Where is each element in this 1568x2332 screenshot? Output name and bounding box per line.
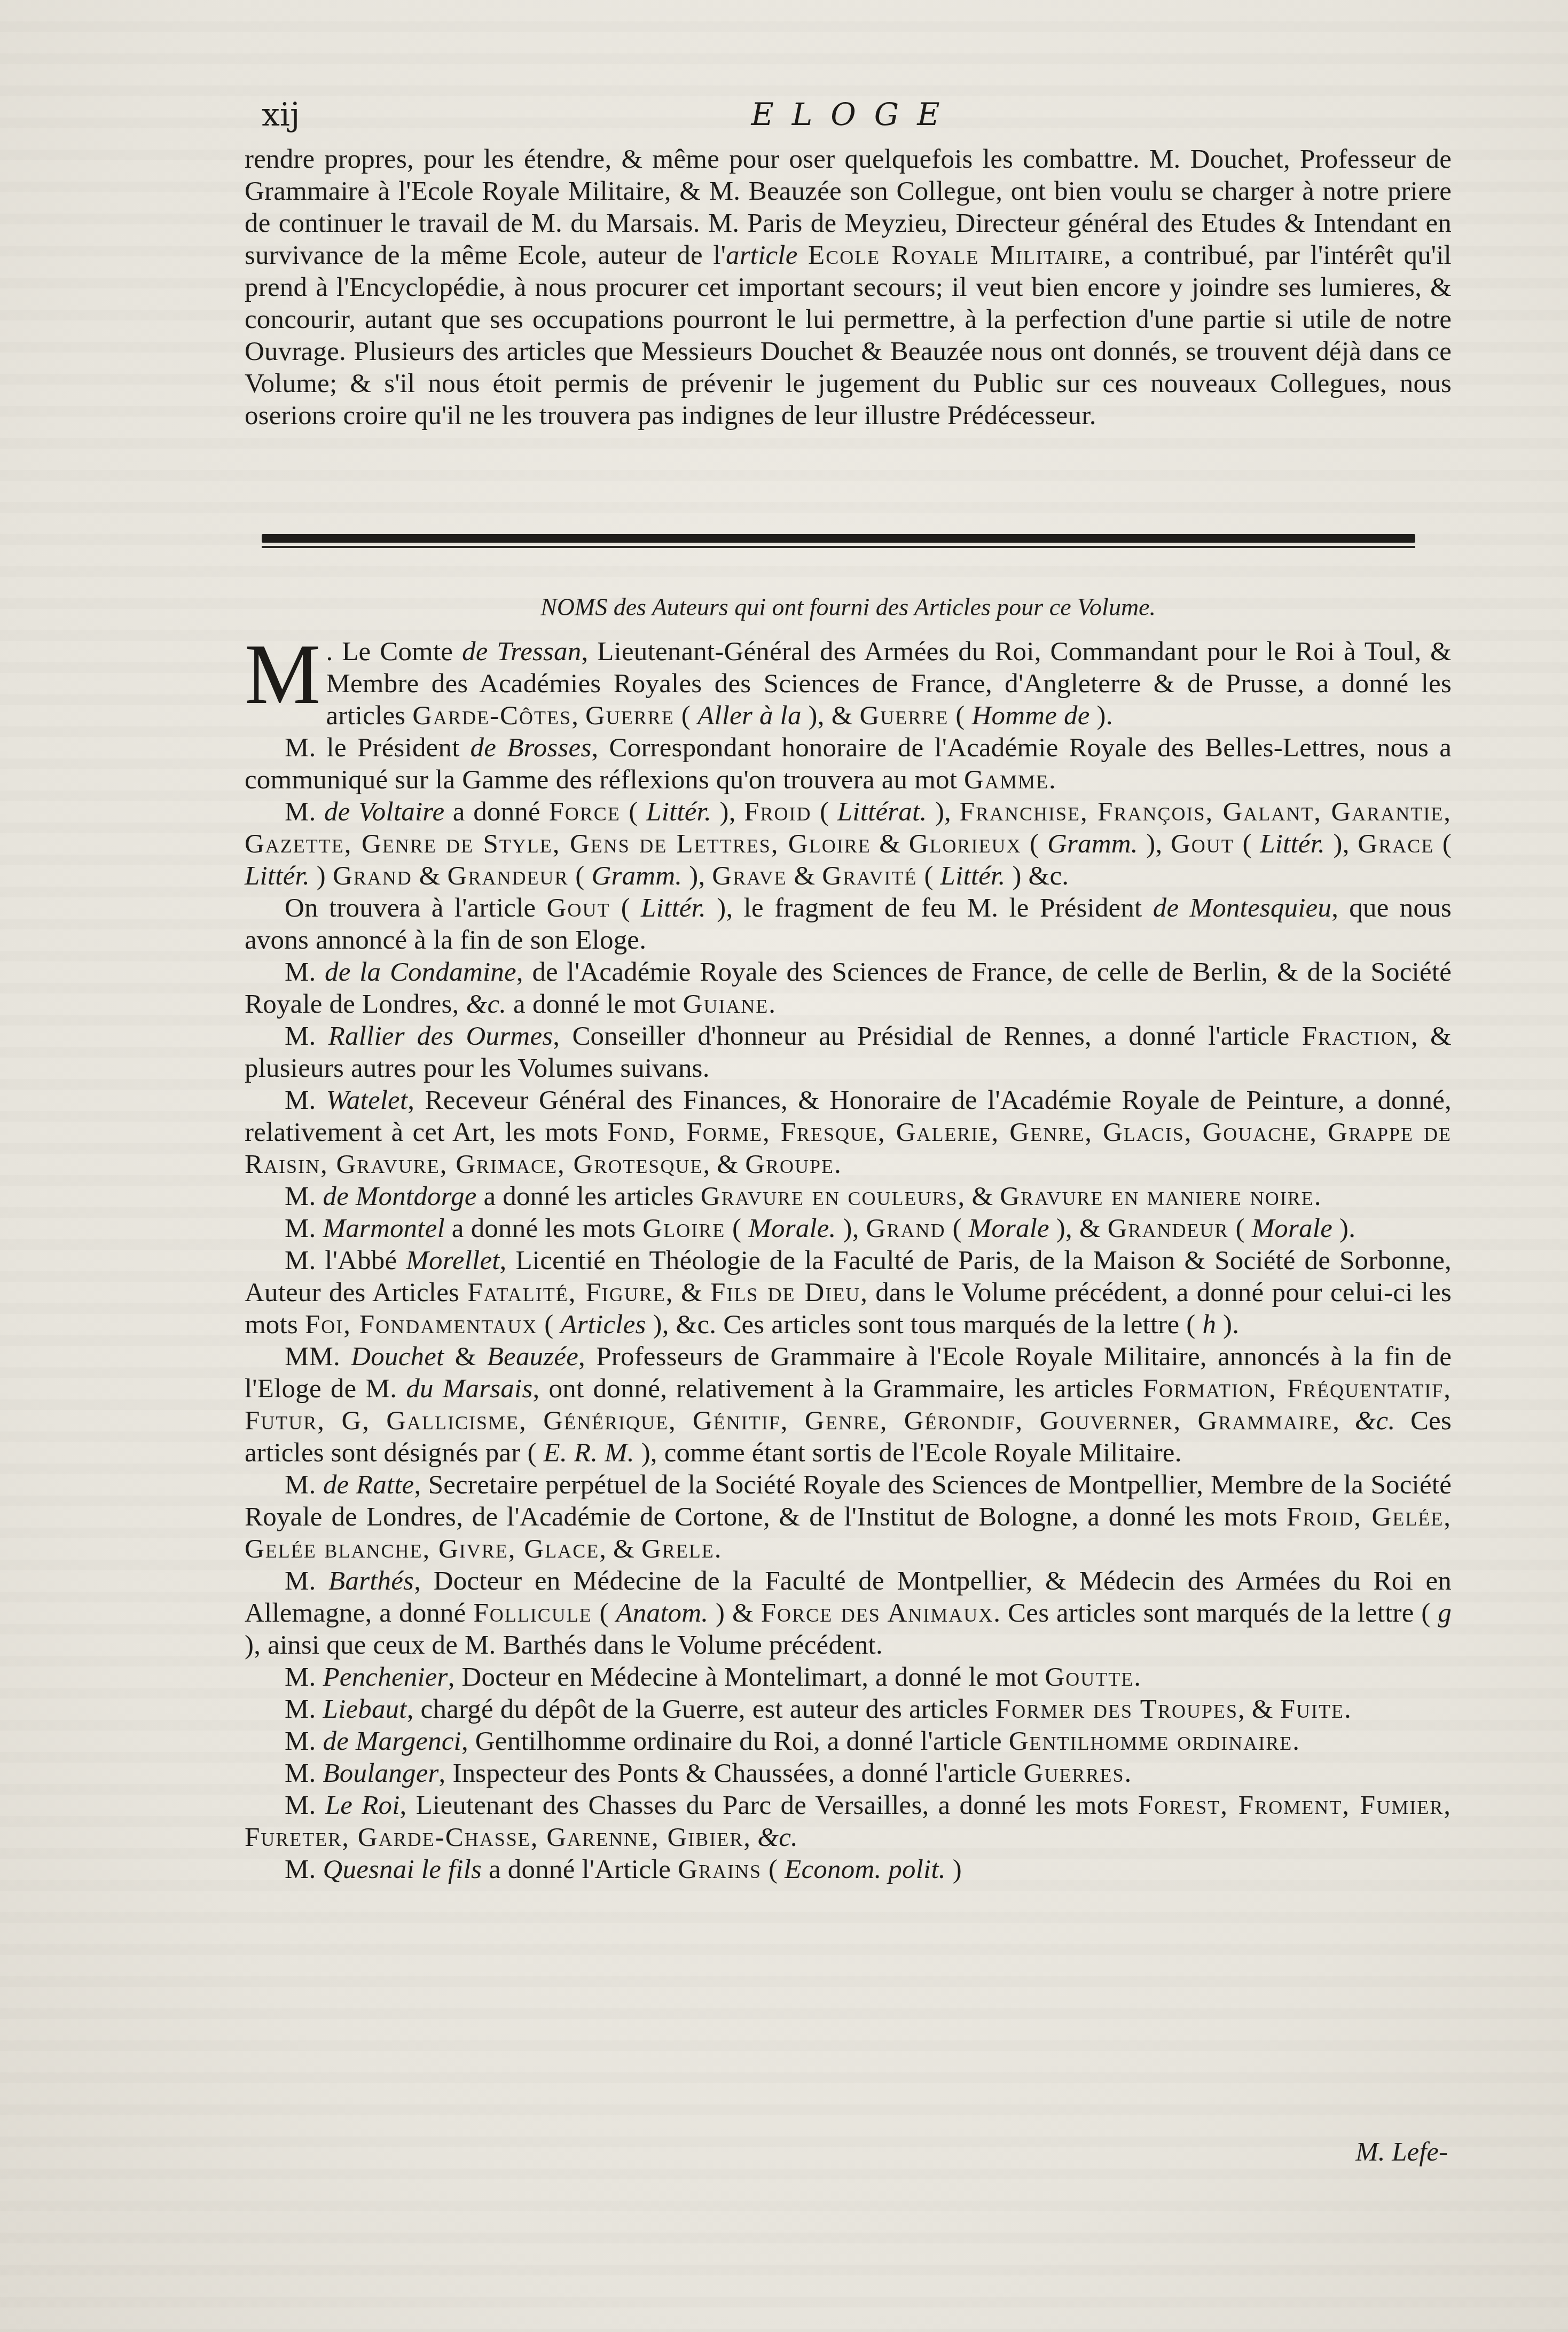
text-run: , & <box>666 1278 710 1308</box>
author-entry: M. Barthés, Docteur en Médecine de la Fa… <box>245 1565 1452 1661</box>
text-run: , Gentilhomme ordinaire du Roi, a donné … <box>461 1726 1009 1756</box>
author-entry: M. de Voltaire a donné Force ( Littér. )… <box>245 796 1452 892</box>
text-run: , & <box>1238 1694 1280 1724</box>
italic-text: Littér. <box>641 893 706 923</box>
author-entry: M. Quesnai le fils a donné l'Article Gra… <box>245 1853 1452 1885</box>
text-run: , Inspecteur des Ponts & Chaussées, a do… <box>439 1758 1024 1788</box>
article-title: Grave <box>712 861 787 891</box>
article-title: Gamme <box>964 765 1049 795</box>
italic-text: Le Roi <box>325 1790 400 1820</box>
text-run: M. <box>285 1181 323 1211</box>
text-run: . <box>1314 1181 1321 1211</box>
text-run: M. l'Abbé <box>285 1246 406 1275</box>
text-run: ), <box>1325 829 1358 859</box>
article-title: Gravure en maniere noire <box>1000 1181 1314 1211</box>
text-run: ( <box>568 861 591 891</box>
italic-text: de Tressan <box>462 637 582 667</box>
article-title: Grains <box>678 1854 762 1884</box>
section-title: NOMS des Auteurs qui ont fourni des Arti… <box>245 593 1452 621</box>
text-run: M. <box>285 1566 328 1596</box>
text-run: ), <box>836 1214 866 1243</box>
text-run: ) &c. <box>1005 861 1069 891</box>
italic-text: de Brosses <box>471 733 592 763</box>
italic-text: Morale. <box>748 1214 836 1243</box>
text-run: ( <box>945 1214 968 1243</box>
text-run: , <box>1332 1406 1354 1436</box>
text-run: . <box>1344 1694 1351 1724</box>
text-run: ( <box>1022 829 1047 859</box>
text-run: . <box>715 1534 722 1564</box>
text-run: ), &c. Ces articles sont tous marqués de… <box>646 1310 1203 1340</box>
text-run: ( <box>610 893 641 923</box>
italic-text: Econom. polit. <box>785 1854 946 1884</box>
drop-cap: M <box>245 642 320 706</box>
text-run: , & <box>599 1534 641 1564</box>
text-run: M. <box>285 1214 323 1243</box>
text-run: ( <box>1229 1214 1252 1243</box>
text-run: ), <box>1138 829 1171 859</box>
italic-text: Anatom. <box>616 1598 708 1628</box>
author-entry: M. Liebaut, chargé du dépôt de la Guerre… <box>245 1693 1452 1725</box>
article-title: Ecole Royale Militaire <box>808 240 1104 270</box>
italic-text: Boulanger <box>323 1758 438 1788</box>
text-run: , <box>571 701 585 731</box>
italic-text: Aller à la <box>697 701 802 731</box>
text-run: a donné les mots <box>445 1214 642 1243</box>
italic-text: &c. <box>757 1822 798 1852</box>
italic-text: E. R. M. <box>544 1438 634 1468</box>
text-run: , Docteur en Médecine à Montelimart, a d… <box>448 1662 1045 1692</box>
author-entry: M. de Montdorge a donné les articles Gra… <box>245 1180 1452 1212</box>
article-title: Goutte <box>1045 1662 1134 1692</box>
article-title: Glorieux <box>909 829 1022 859</box>
text-run: . <box>769 989 775 1019</box>
divider-thick-line <box>262 534 1415 543</box>
text-run: ( <box>918 861 940 891</box>
author-entry: M. Boulanger, Inspecteur des Ponts & Cha… <box>245 1757 1452 1789</box>
text-run: M. <box>285 1085 326 1115</box>
text-run: M. le Président <box>285 733 471 763</box>
text-run: & <box>871 829 909 859</box>
article-title: Garde-Côtes <box>412 701 571 731</box>
text-run: ) <box>310 861 333 891</box>
text-run: . <box>1134 1662 1141 1692</box>
text-run: ), ainsi que ceux de M. Barthés dans le … <box>245 1630 883 1660</box>
italic-text: Littérat. <box>837 797 927 827</box>
text-run: . <box>834 1149 841 1179</box>
text-run: ( <box>762 1854 785 1884</box>
italic-text: de Voltaire <box>324 797 444 827</box>
text-run: ( <box>1234 829 1260 859</box>
article-title: Fatalité, Figure <box>467 1278 666 1308</box>
italic-text: Morale <box>969 1214 1049 1243</box>
article-title: Grele <box>641 1534 715 1564</box>
text-run: M. <box>285 797 324 827</box>
italic-text: Homme de <box>971 701 1089 731</box>
text-run: , Secretaire perpétuel de la Société Roy… <box>245 1470 1452 1532</box>
article-title: Grand <box>333 861 412 891</box>
author-entry: On trouvera à l'article Gout ( Littér. )… <box>245 892 1452 956</box>
article-title: Gentilhomme ordinaire <box>1009 1726 1293 1756</box>
author-entry: M. Le Comte de Tressan, Lieutenant-Génér… <box>245 636 1452 732</box>
text-run: ) <box>946 1854 962 1884</box>
text-run: , Conseiller d'honneur au Présidial de R… <box>553 1021 1302 1051</box>
text-run: . <box>1124 1758 1131 1788</box>
author-entry: M. de Ratte, Secretaire perpétuel de la … <box>245 1469 1452 1565</box>
text-run: . <box>1292 1726 1299 1756</box>
italic-text: de Montdorge <box>323 1181 476 1211</box>
text-run: & <box>412 861 448 891</box>
text-run: ), <box>927 797 959 827</box>
text-run: , & <box>958 1181 1000 1211</box>
italic-text: Liebaut <box>323 1694 406 1724</box>
section-divider <box>262 534 1415 548</box>
text-run: . Ces articles sont marqués de la lettre… <box>993 1598 1438 1628</box>
text-run: M. <box>285 1470 323 1500</box>
article-title: Groupe <box>745 1149 834 1179</box>
article-title: Force <box>548 797 620 827</box>
text-run: ). <box>1216 1310 1239 1340</box>
text-run <box>798 240 808 270</box>
italic-text: Gramm. <box>1047 829 1138 859</box>
italic-text: Quesnai le fils <box>323 1854 482 1884</box>
italic-text: Watelet <box>326 1085 407 1115</box>
italic-text: de Ratte <box>323 1470 414 1500</box>
article-title: Gravure en couleurs <box>701 1181 958 1211</box>
author-entry: M. Penchenier, Docteur en Médecine à Mon… <box>245 1661 1452 1693</box>
italic-text: Barthés <box>328 1566 414 1596</box>
italic-text: Douchet <box>351 1342 444 1372</box>
author-list: M. Le Comte de Tressan, Lieutenant-Génér… <box>245 636 1452 1885</box>
article-title: Grandeur <box>448 861 569 891</box>
italic-text: Morellet <box>406 1246 499 1275</box>
italic-text: h <box>1202 1310 1216 1340</box>
italic-text: Articles <box>560 1310 646 1340</box>
article-title: Guerres <box>1024 1758 1125 1788</box>
author-entry: M. de la Condamine, de l'Académie Royale… <box>245 956 1452 1020</box>
article-title: Former des Troupes <box>995 1694 1238 1724</box>
article-title: Guerre <box>859 701 948 731</box>
italic-text: de la Condamine <box>325 957 516 987</box>
article-title: Guiane <box>683 989 769 1019</box>
text-run: , chargé du dépôt de la Guerre, est aute… <box>407 1694 995 1724</box>
text-run: M. <box>285 957 325 987</box>
text-run: a donné l'Article <box>482 1854 678 1884</box>
text-run: a donné les articles <box>476 1181 700 1211</box>
text-run: MM. <box>285 1342 351 1372</box>
text-run: ), le fragment de feu M. le Président <box>706 893 1153 923</box>
italic-text: Littér. <box>646 797 711 827</box>
text-run: & <box>444 1342 487 1372</box>
italic-text: Littér. <box>1260 829 1325 859</box>
author-entry: M. de Margenci, Gentilhomme ordinaire du… <box>245 1725 1452 1757</box>
author-entry: M. Watelet, Receveur Général des Finance… <box>245 1084 1452 1180</box>
italic-text: Littér. <box>940 861 1006 891</box>
author-entry: M. l'Abbé Morellet, Licentié en Théologi… <box>245 1245 1452 1341</box>
text-run: ( <box>621 797 646 827</box>
text-run: M. <box>285 1854 323 1884</box>
italic-text: &c. <box>466 989 507 1019</box>
text-run: & <box>787 861 822 891</box>
author-entry: M. Rallier des Ourmes, Conseiller d'honn… <box>245 1020 1452 1084</box>
article-title: Fuite <box>1280 1694 1344 1724</box>
text-run: M. <box>285 1790 325 1820</box>
article-title: Grandeur <box>1108 1214 1229 1243</box>
author-entry: M. Marmontel a donné les mots Gloire ( M… <box>245 1212 1452 1245</box>
text-run: a donné le mot <box>506 989 683 1019</box>
text-run: ), <box>711 797 744 827</box>
text-run: ), <box>682 861 712 891</box>
text-run: M. <box>285 1694 323 1724</box>
text-run: M. <box>285 1021 328 1051</box>
author-entry: M. le Président de Brosses, Correspondan… <box>245 732 1452 796</box>
text-run: ( <box>1434 829 1452 859</box>
italic-text: Marmontel <box>323 1214 444 1243</box>
article-title: Force des Animaux <box>761 1598 994 1628</box>
book-page: xij ELOGE rendre propres, pour les étend… <box>0 0 1568 2332</box>
text-run: , Lieutenant des Chasses du Parc de Vers… <box>400 1790 1138 1820</box>
italic-text: &c. <box>1355 1406 1395 1436</box>
italic-text: article <box>726 240 798 270</box>
article-title: Gloire <box>642 1214 725 1243</box>
text-run: M. <box>285 1662 323 1692</box>
text-run: ( <box>675 701 697 731</box>
article-title: Froid <box>744 797 811 827</box>
text-run: On trouvera à l'article <box>285 893 547 923</box>
text-run: ), & <box>802 701 860 731</box>
article-title: Follicule <box>473 1598 592 1628</box>
text-run: ). <box>1332 1214 1355 1243</box>
text-run: , <box>743 1822 757 1852</box>
italic-text: Littér. <box>245 861 310 891</box>
author-entry: M. Le Roi, Lieutenant des Chasses du Par… <box>245 1789 1452 1853</box>
article-title: Fraction <box>1302 1021 1411 1051</box>
article-title: Foi, Fondamentaux <box>305 1310 537 1340</box>
text-run: M. <box>285 1758 323 1788</box>
article-title: Fils de Dieu <box>710 1278 860 1308</box>
article-title: Guerre <box>585 701 675 731</box>
text-run: ( <box>812 797 837 827</box>
article-title: Gout <box>1171 829 1234 859</box>
text-run: ) & <box>708 1598 761 1628</box>
catchword: M. Lefe- <box>1355 2137 1448 2167</box>
article-title: Grand <box>866 1214 946 1243</box>
article-title: Gravité <box>822 861 917 891</box>
italic-text: de Margenci <box>323 1726 461 1756</box>
article-title: Grace <box>1358 829 1434 859</box>
divider-thin-line <box>262 546 1415 548</box>
page-header: xij ELOGE <box>262 96 1426 139</box>
intro-paragraph-block: rendre propres, pour les étendre, & même… <box>245 143 1452 432</box>
text-run: , & <box>703 1149 745 1179</box>
intro-paragraph: rendre propres, pour les étendre, & même… <box>245 143 1452 432</box>
italic-text: Rallier des Ourmes <box>328 1021 553 1051</box>
text-run: ). <box>1090 701 1113 731</box>
italic-text: g <box>1438 1598 1452 1628</box>
text-run: M. <box>285 1726 323 1756</box>
text-run: ( <box>537 1310 560 1340</box>
author-entry: MM. Douchet & Beauzée, Professeurs de Gr… <box>245 1341 1452 1469</box>
running-title: ELOGE <box>262 96 1426 132</box>
italic-text: Penchenier <box>323 1662 448 1692</box>
text-run: a donné <box>444 797 548 827</box>
text-run: ), & <box>1049 1214 1108 1243</box>
text-run: ( <box>592 1598 616 1628</box>
italic-text: Gramm. <box>592 861 683 891</box>
text-run: ( <box>725 1214 748 1243</box>
article-title: Gout <box>547 893 610 923</box>
text-run: ( <box>948 701 971 731</box>
italic-text: Morale <box>1252 1214 1332 1243</box>
italic-text: du Marsais <box>406 1374 532 1404</box>
text-run: . <box>1049 765 1056 795</box>
italic-text: Beauzée <box>487 1342 578 1372</box>
text-run: ), comme étant sortis de l'Ecole Royale … <box>634 1438 1182 1468</box>
text-run: , ont donné, relativement à la Grammaire… <box>532 1374 1142 1404</box>
text-run: . Le Comte <box>326 637 461 667</box>
italic-text: de Montesquieu <box>1153 893 1331 923</box>
